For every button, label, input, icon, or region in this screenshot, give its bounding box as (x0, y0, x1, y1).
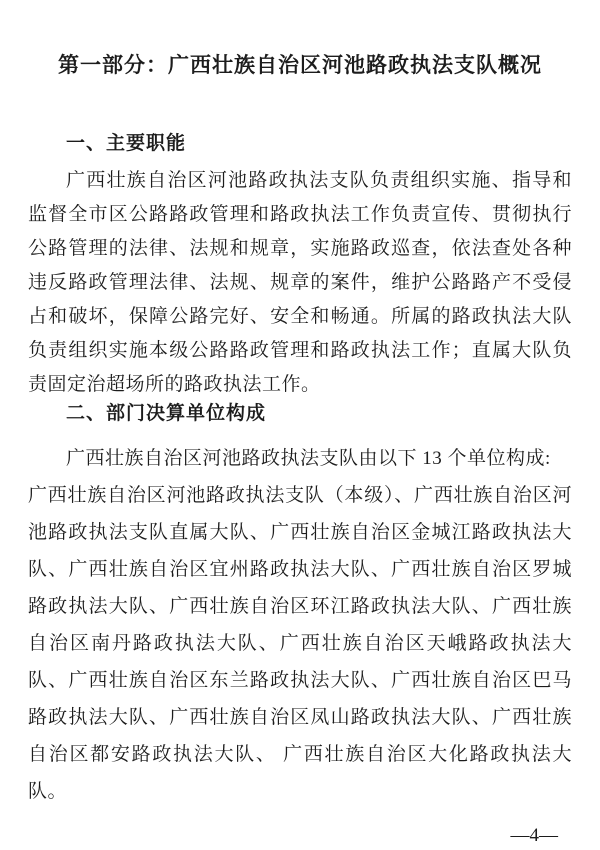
document-page: 第一部分：广西壮族自治区河池路政执法支队概况 一、主要职能 广西壮族自治区河池路… (0, 0, 600, 850)
section-heading-unit-composition: 二、部门决算单位构成 (28, 402, 572, 426)
paragraph-main-functions: 广西壮族自治区河池路政执法支队负责组织实施、指导和监督全市区公路路政管理和路政执… (28, 164, 572, 402)
paragraph-unit-count: 广西壮族自治区河池路政执法支队由以下 13 个单位构成: (28, 440, 572, 477)
document-title: 第一部分：广西壮族自治区河池路政执法支队概况 (28, 0, 572, 80)
paragraph-unit-list: 广西壮族自治区河池路政执法支队（本级）、广西壮族自治区河池路政执法支队直属大队、… (28, 477, 572, 810)
section-main-functions: 一、主要职能 广西壮族自治区河池路政执法支队负责组织实施、指导和监督全市区公路路… (28, 132, 572, 402)
section-heading-main-functions: 一、主要职能 (28, 132, 572, 156)
page-number: —4— (28, 824, 558, 848)
section-unit-composition: 二、部门决算单位构成 广西壮族自治区河池路政执法支队由以下 13 个单位构成: … (28, 402, 572, 810)
